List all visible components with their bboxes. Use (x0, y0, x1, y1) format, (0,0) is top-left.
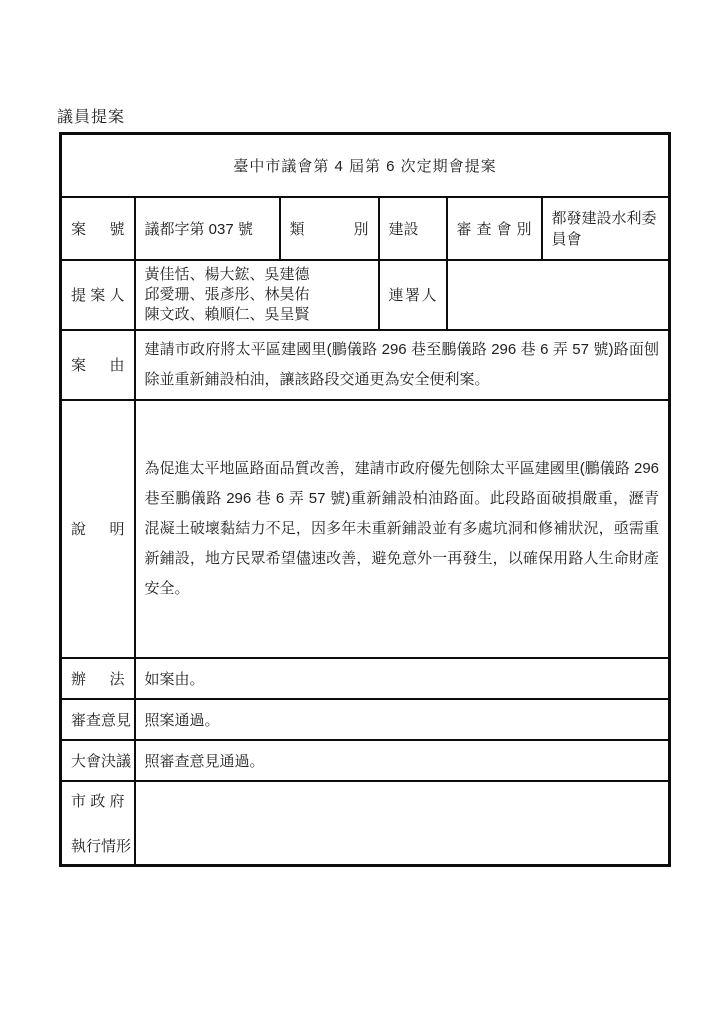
description-label-cell: 說明 (61, 400, 135, 658)
description-value: 為促進太平地區路面品質改善，建請市政府優先刨除太平區建國里(鵬儀路 296 巷至… (135, 400, 670, 658)
method-value: 如案由。 (135, 658, 670, 699)
subject-label: 案由 (71, 354, 125, 375)
subject-label-cell: 案由 (61, 330, 135, 400)
proposer-row: 提案人 黃佳恬、楊大鋐、吳建德 邱愛珊、張彥彤、林昊佑 陳文政、賴順仁、吳呈賢 … (61, 260, 670, 330)
assembly-resolution-label-cell: 大會決議 (61, 740, 135, 781)
description-label: 說明 (71, 518, 125, 539)
subject-value: 建請市政府將太平區建國里(鵬儀路 296 巷至鵬儀路 296 巷 6 弄 57 … (135, 330, 670, 400)
case-number-row: 案號 議都字第 037 號 類別 建設 審查會別 都發建設水利委員會 (61, 197, 670, 260)
review-opinion-label-cell: 審查意見 (61, 699, 135, 740)
proposer-label-cell: 提案人 (61, 260, 135, 330)
case-number-value: 議都字第 037 號 (135, 197, 280, 260)
review-committee-label-cell: 審查會別 (447, 197, 542, 260)
method-label: 辦法 (71, 668, 125, 689)
execution-row: 市政府 執行情形 (61, 781, 670, 866)
review-opinion-label: 審查意見 (71, 709, 125, 730)
proposal-table: 臺中市議會第 4 屆第 6 次定期會提案 案號 議都字第 037 號 類別 建設… (59, 132, 671, 867)
category-value: 建設 (379, 197, 447, 260)
document-page: 議員提案 臺中市議會第 4 屆第 6 次定期會提案 案號 議都字第 037 號 … (0, 0, 724, 1024)
page-title: 臺中市議會第 4 屆第 6 次定期會提案 (61, 134, 670, 197)
execution-label-cell: 市政府 執行情形 (61, 781, 135, 866)
document-type-label: 議員提案 (57, 104, 125, 127)
review-opinion-value: 照案通過。 (135, 699, 670, 740)
proposer-names-line1: 黃佳恬、楊大鋐、吳建德 (145, 265, 369, 285)
title-row: 臺中市議會第 4 屆第 6 次定期會提案 (61, 134, 670, 197)
cosigner-label-cell: 連署人 (379, 260, 447, 330)
proposer-names-line3: 陳文政、賴順仁、吳呈賢 (145, 305, 369, 325)
proposer-names-line2: 邱愛珊、張彥彤、林昊佑 (145, 285, 369, 305)
proposer-label: 提案人 (71, 284, 125, 305)
review-opinion-row: 審查意見 照案通過。 (61, 699, 670, 740)
assembly-resolution-value: 照審查意見通過。 (135, 740, 670, 781)
review-committee-label: 審查會別 (457, 218, 532, 239)
proposer-names: 黃佳恬、楊大鋐、吳建德 邱愛珊、張彥彤、林昊佑 陳文政、賴順仁、吳呈賢 (135, 260, 379, 330)
method-row: 辦法 如案由。 (61, 658, 670, 699)
execution-label-line2: 執行情形 (71, 835, 125, 856)
category-label-cell: 類別 (280, 197, 379, 260)
category-label: 類別 (290, 218, 369, 239)
execution-label-line1: 市政府 (71, 790, 125, 811)
execution-value (135, 781, 670, 866)
cosigner-value (447, 260, 670, 330)
cosigner-label: 連署人 (389, 284, 437, 305)
subject-row: 案由 建請市政府將太平區建國里(鵬儀路 296 巷至鵬儀路 296 巷 6 弄 … (61, 330, 670, 400)
case-number-label-cell: 案號 (61, 197, 135, 260)
assembly-resolution-label: 大會決議 (71, 750, 125, 771)
review-committee-value: 都發建設水利委員會 (542, 197, 670, 260)
method-label-cell: 辦法 (61, 658, 135, 699)
assembly-resolution-row: 大會決議 照審查意見通過。 (61, 740, 670, 781)
description-row: 說明 為促進太平地區路面品質改善，建請市政府優先刨除太平區建國里(鵬儀路 296… (61, 400, 670, 658)
case-number-label: 案號 (71, 218, 125, 239)
